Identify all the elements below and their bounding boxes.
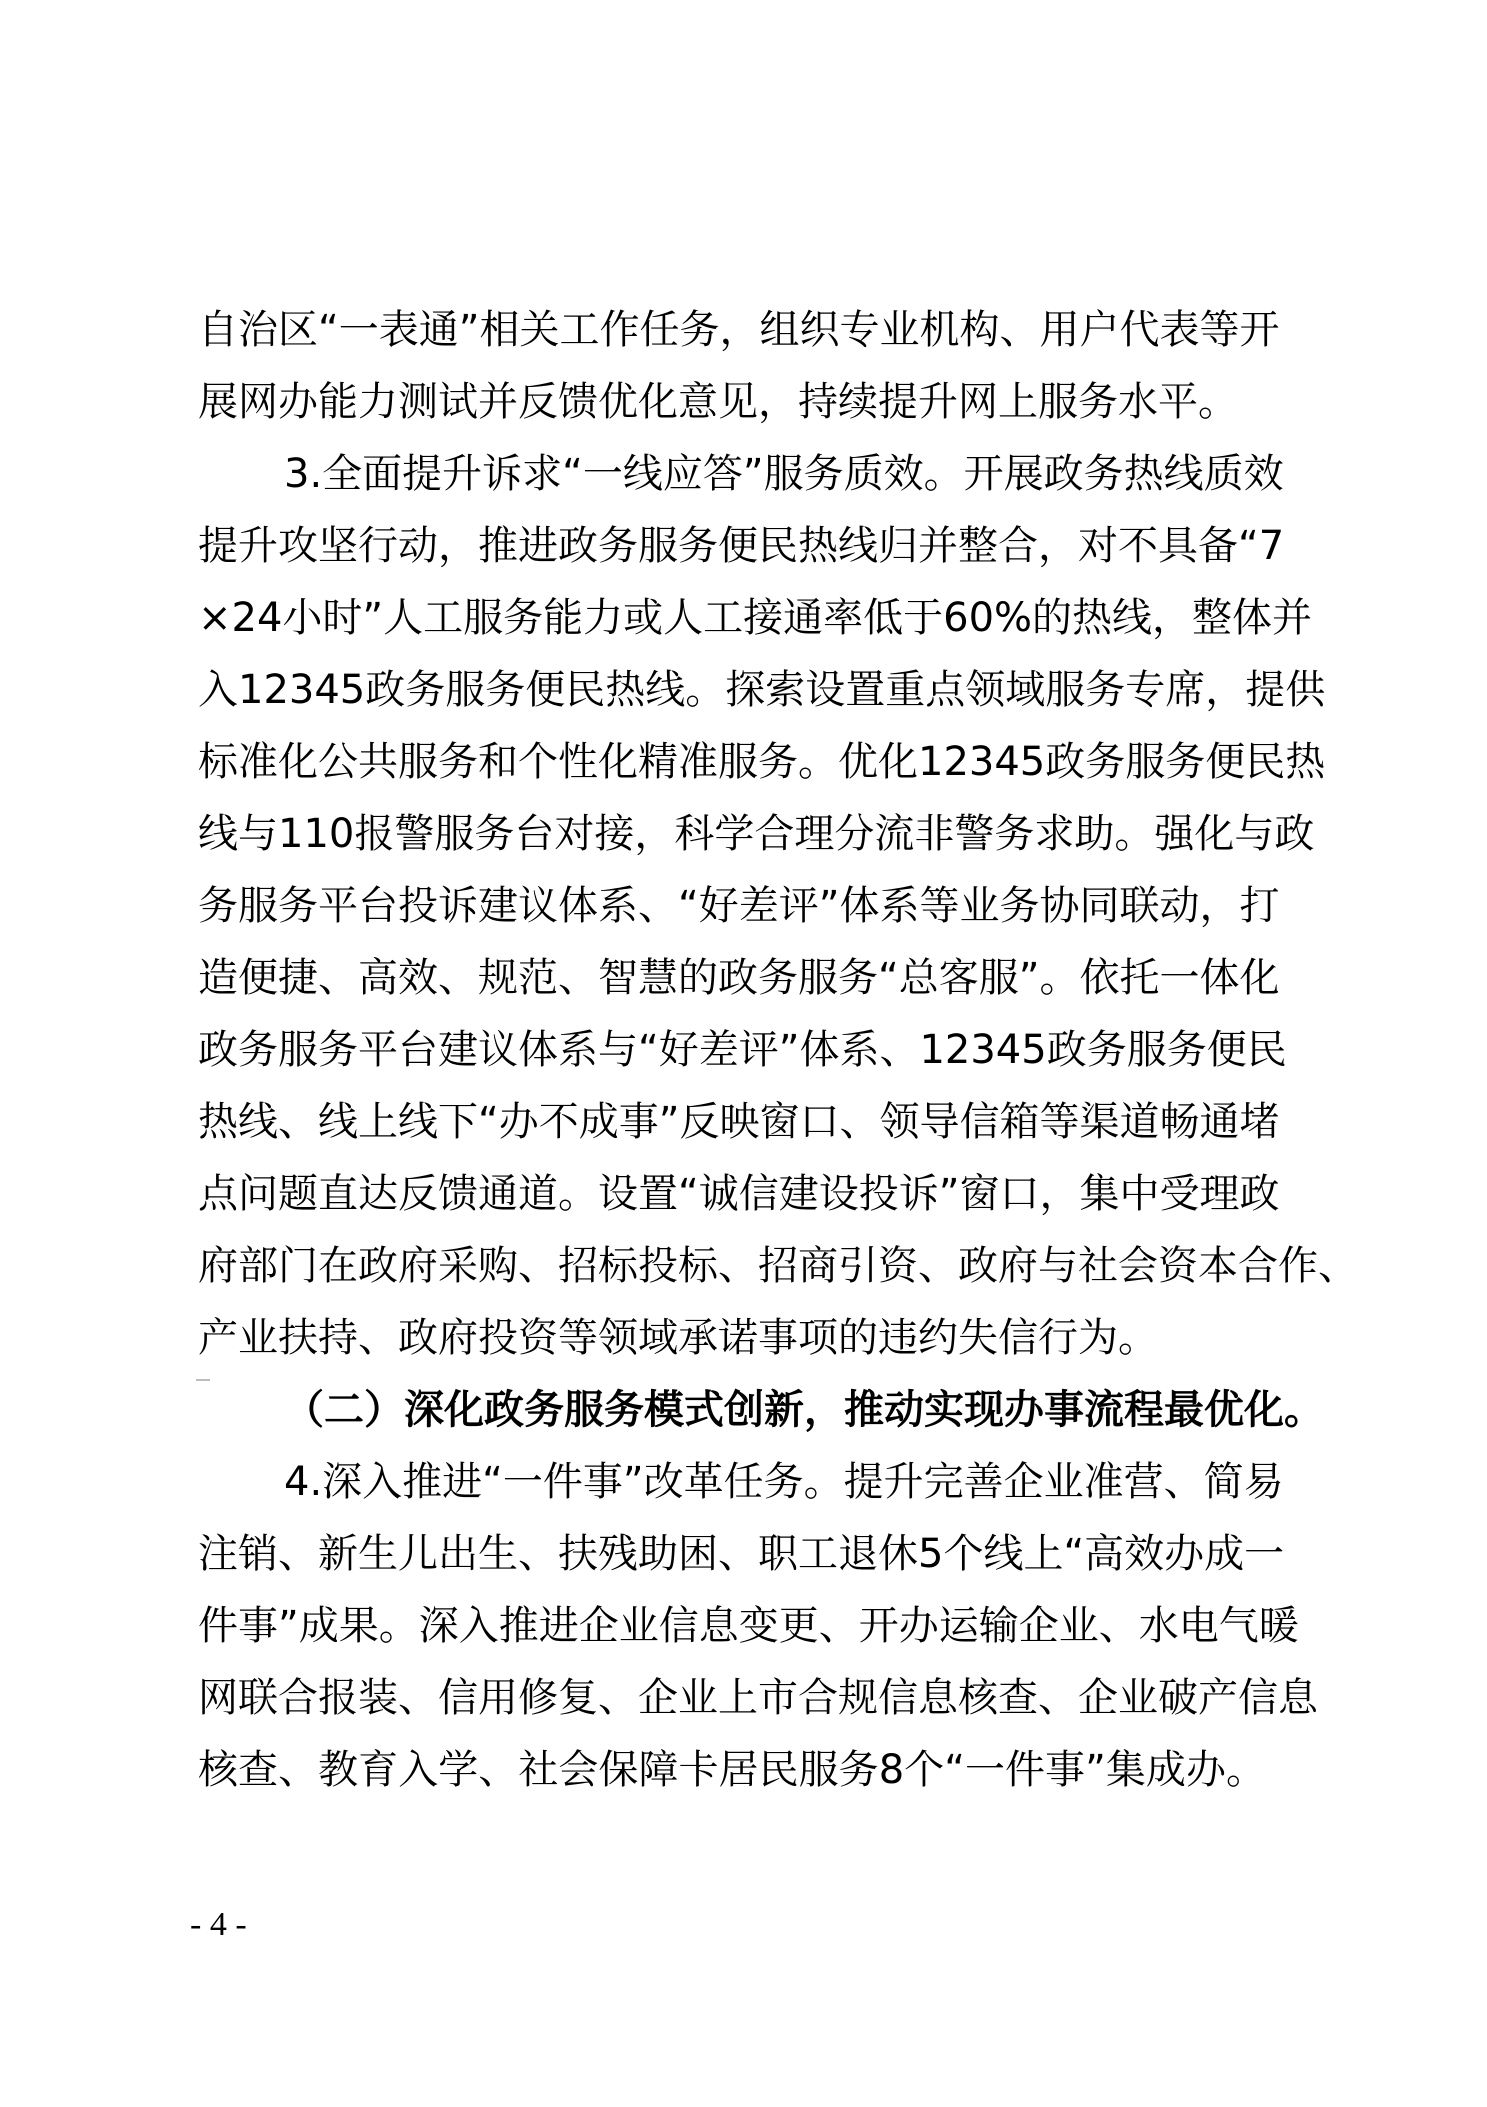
section-heading-2: （二）深化政务服务模式创新，推动实现办事流程最优化。 [198, 1374, 1266, 1446]
paragraph-line: 府部门在政府采购、招标投标、招商引资、政府与社会资本合作、 [198, 1230, 1266, 1302]
paragraph-line: 核查、教育入学、社会保障卡居民服务8个“一件事”集成办。 [198, 1734, 1266, 1806]
section-item-4-title-line: 4.深入推进“一件事”改革任务。提升完善企业准营、简易 [198, 1446, 1266, 1518]
paragraph-line: 造便捷、高效、规范、智慧的政务服务“总客服”。依托一体化 [198, 942, 1266, 1014]
paragraph-line: 网联合报装、信用修复、企业上市合规信息核查、企业破产信息 [198, 1662, 1266, 1734]
paragraph-line: 政务服务平台建议体系与“好差评”体系、12345政务服务便民 [198, 1014, 1266, 1086]
page-number: - 4 - [190, 1900, 247, 1950]
paragraph-line: 热线、线上线下“办不成事”反映窗口、领导信箱等渠道畅通堵 [198, 1086, 1266, 1158]
paragraph-line: 提升攻坚行动，推进政务服务便民热线归并整合，对不具备“7 [198, 510, 1266, 582]
paragraph-line: 点问题直达反馈通道。设置“诚信建设投诉”窗口，集中受理政 [198, 1158, 1266, 1230]
section-item-3-title-line: 3.全面提升诉求“一线应答”服务质效。开展政务热线质效 [198, 438, 1266, 510]
paragraph-line: 注销、新生儿出生、扶残助困、职工退休5个线上“高效办成一 [198, 1518, 1266, 1590]
paragraph-line: 线与110报警服务台对接，科学合理分流非警务求助。强化与政 [198, 798, 1266, 870]
paragraph-line: 务服务平台投诉建议体系、“好差评”体系等业务协同联动，打 [198, 870, 1266, 942]
paragraph-line: ×24小时”人工服务能力或人工接通率低于60%的热线，整体并 [198, 582, 1266, 654]
paragraph-line: 产业扶持、政府投资等领域承诺事项的违约失信行为。 [198, 1302, 1266, 1374]
document-body: 自治区“一表通”相关工作任务，组织专业机构、用户代表等开 展网办能力测试并反馈优… [198, 294, 1266, 1806]
paragraph-line: 展网办能力测试并反馈优化意见，持续提升网上服务水平。 [198, 366, 1266, 438]
scan-artifact [196, 1379, 210, 1381]
document-page: 自治区“一表通”相关工作任务，组织专业机构、用户代表等开 展网办能力测试并反馈优… [0, 0, 1487, 2107]
paragraph-line: 入12345政务服务便民热线。探索设置重点领域服务专席，提供 [198, 654, 1266, 726]
paragraph-line: 标准化公共服务和个性化精准服务。优化12345政务服务便民热 [198, 726, 1266, 798]
paragraph-line: 自治区“一表通”相关工作任务，组织专业机构、用户代表等开 [198, 294, 1266, 366]
paragraph-line: 件事”成果。深入推进企业信息变更、开办运输企业、水电气暖 [198, 1590, 1266, 1662]
